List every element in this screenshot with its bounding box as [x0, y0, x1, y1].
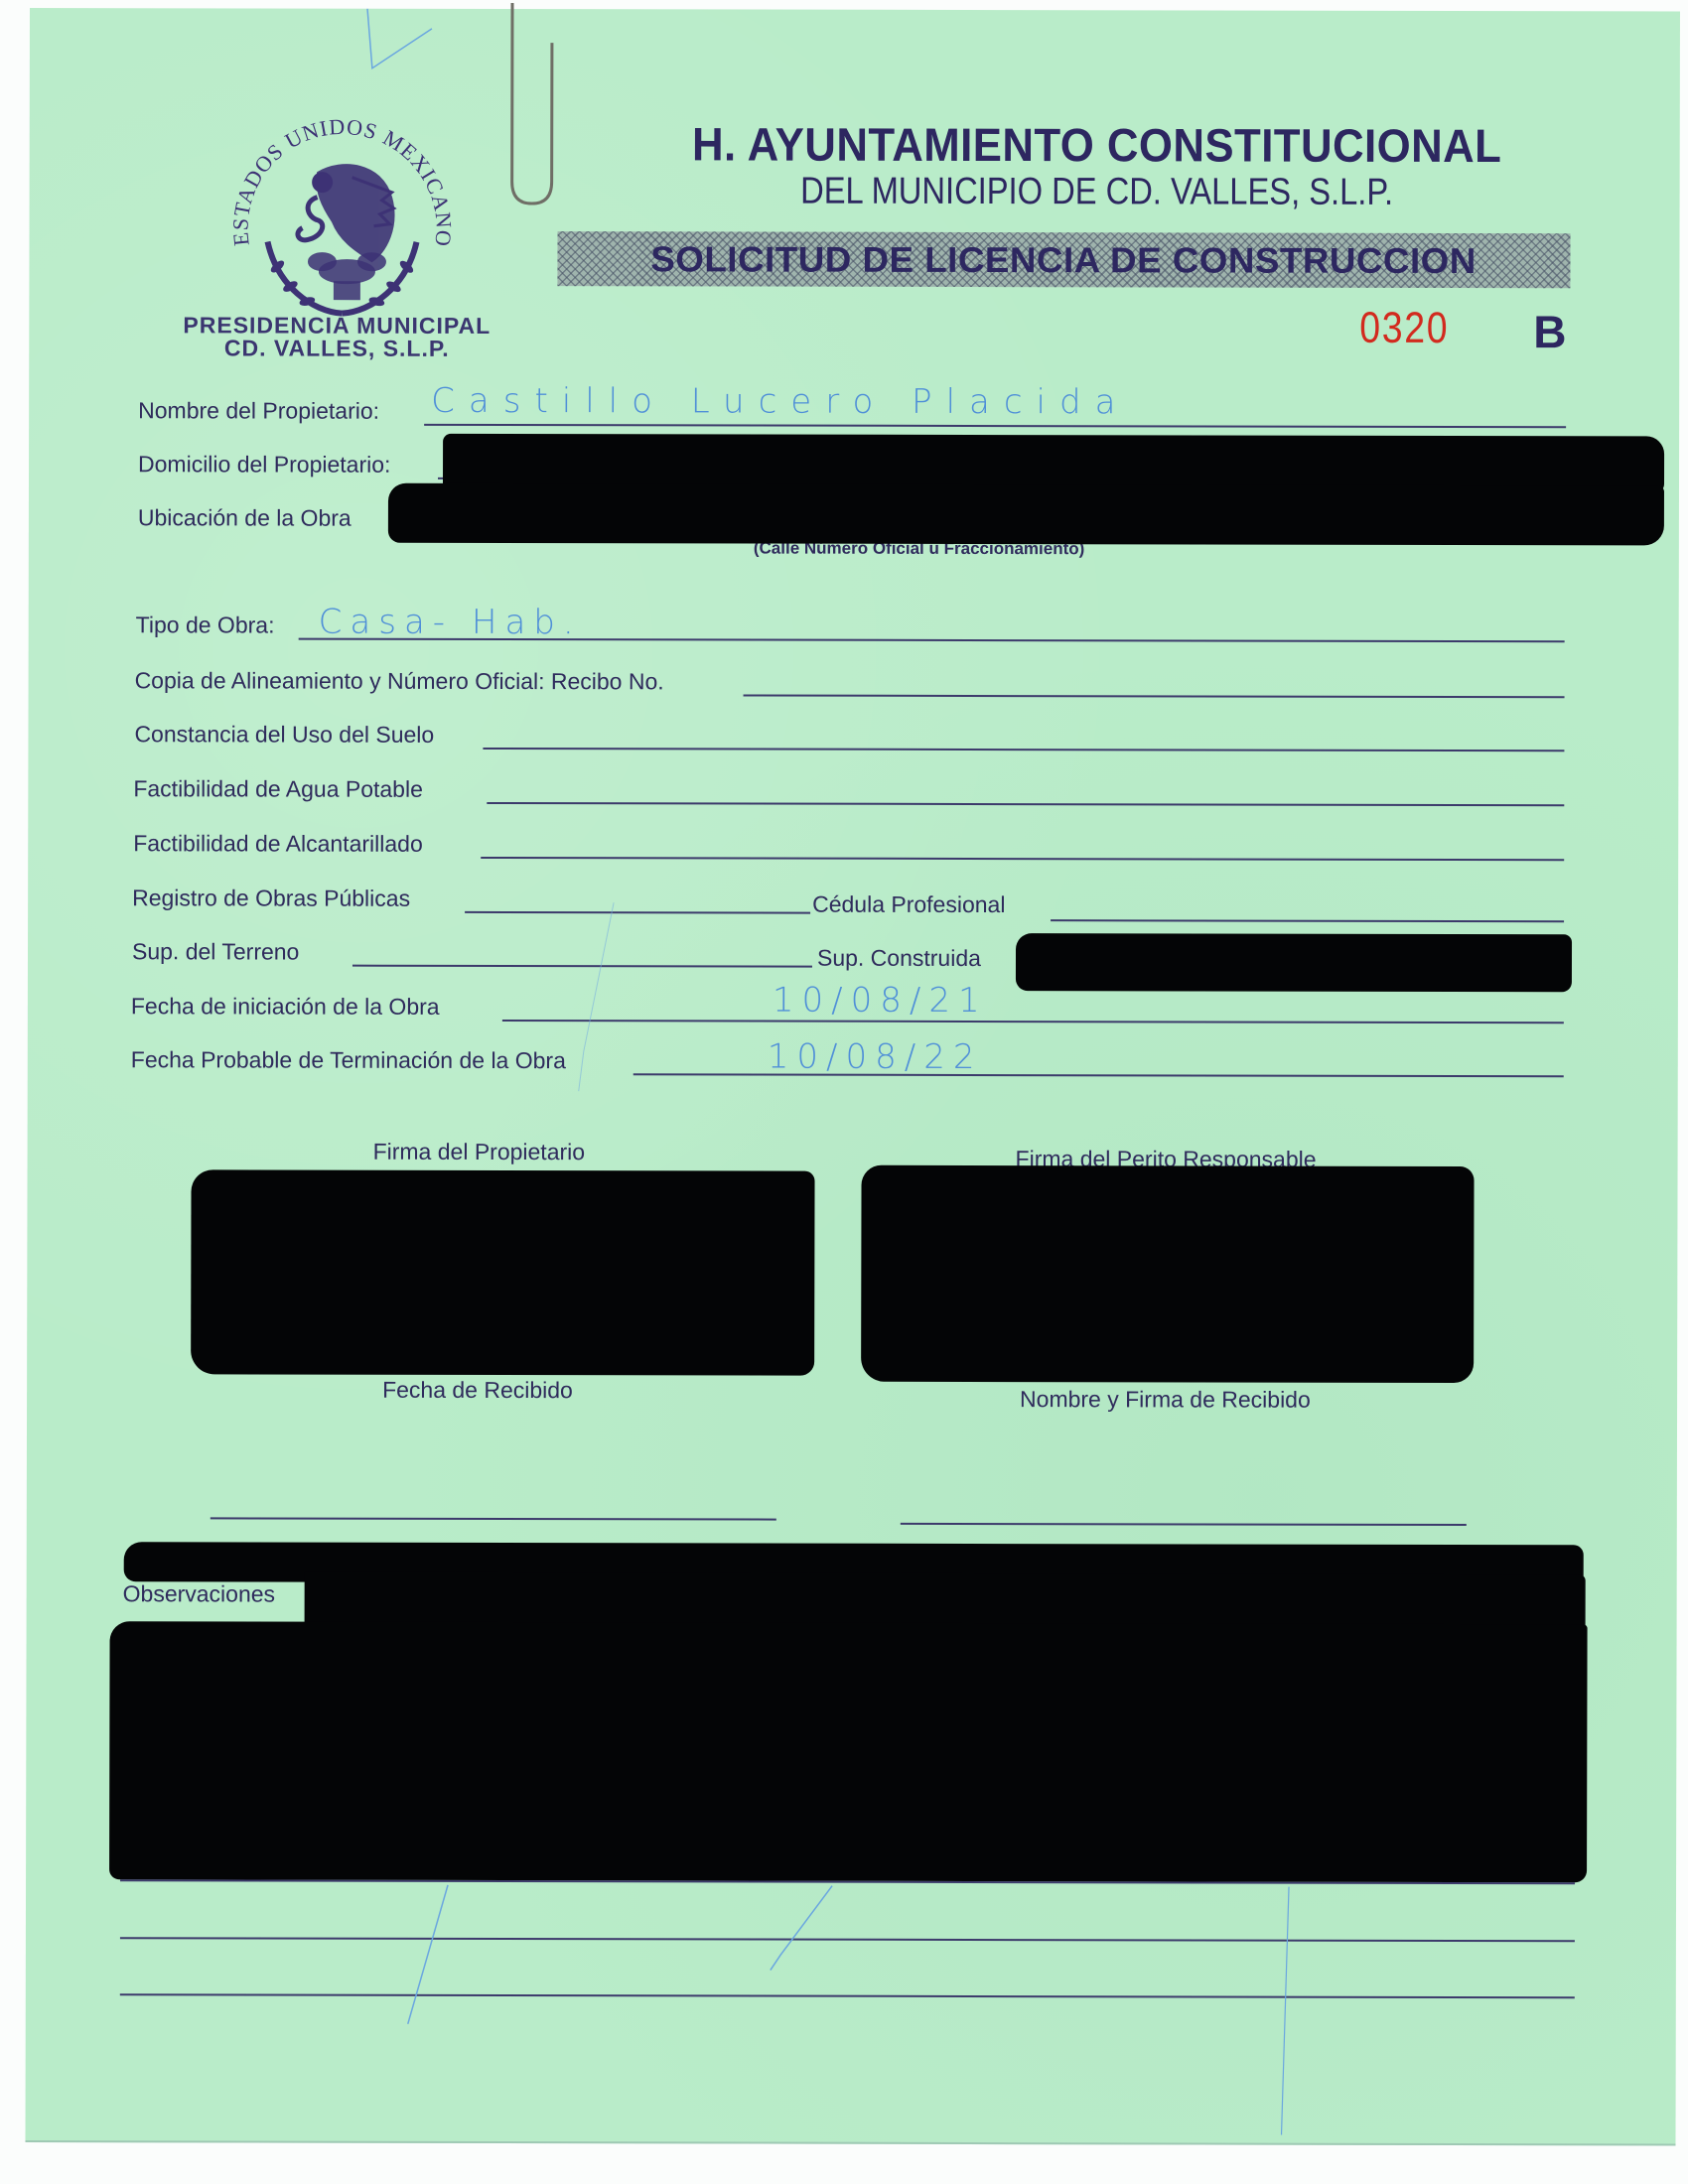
pen-marks-decoration — [26, 8, 1678, 2135]
form-page: ESTADOS UNIDOS MEXICANOS — [25, 8, 1679, 2145]
